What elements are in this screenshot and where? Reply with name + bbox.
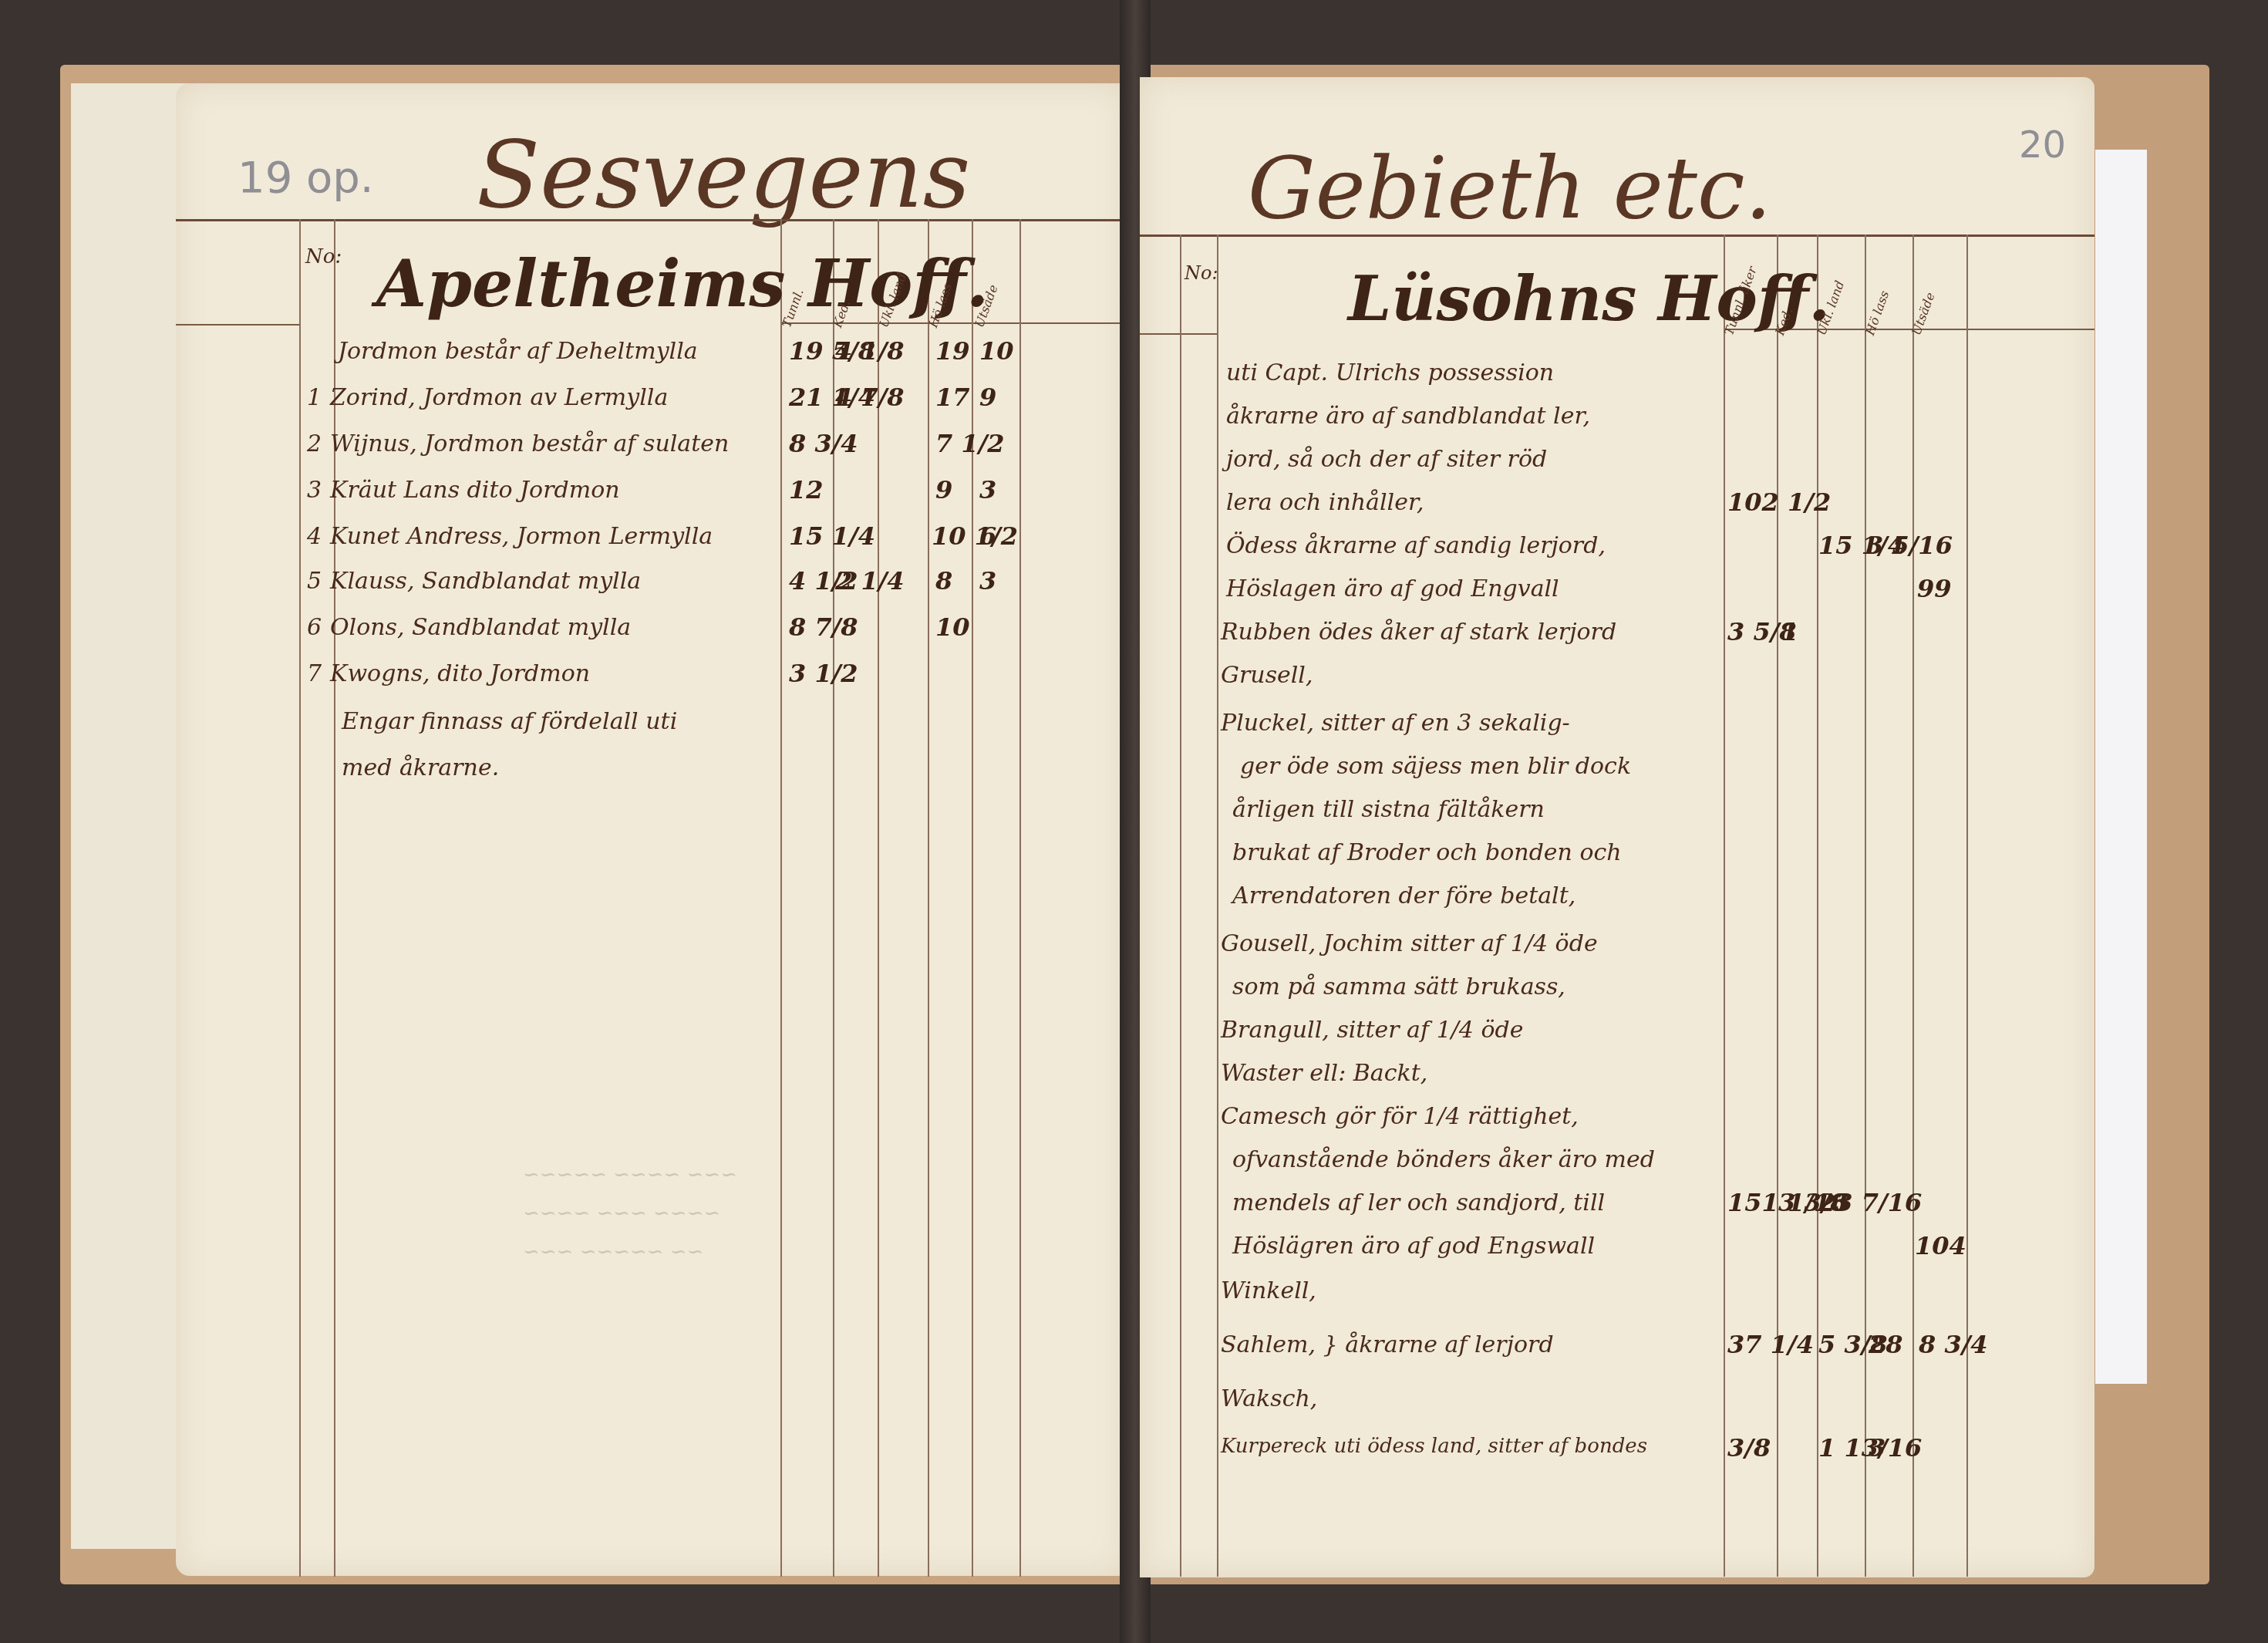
cell-value: 8 3/4 [789,429,858,458]
row-text: mendels af ler och sandjord, till [1232,1189,1605,1216]
column-line [334,219,335,1577]
column-line [1019,219,1021,1577]
cell-value: 2 1/4 [835,566,905,595]
row-text: Pluckel, sitter af en 3 sekalig- [1221,710,1570,737]
cell-value: 7 1/2 [935,429,1005,458]
row-text: Klauss, Sandblandat mylla [330,568,641,595]
row-text: Waksch, [1221,1385,1317,1412]
row-text: lera och inhåller, [1226,489,1424,516]
row-text: ofvanstående bönders åker äro med [1232,1146,1655,1173]
right-page-title: Gebieth etc. [1248,139,1772,238]
column-line [1912,234,1914,1577]
right-folio-number: 20 [2019,123,2066,167]
row-text: Höslägren äro af god Engswall [1232,1233,1595,1260]
column-line [1217,234,1218,1577]
column-line [780,219,782,1577]
cell-value: 102 1/2 [1727,488,1831,517]
cell-value: 8 3/4 [1919,1330,1988,1359]
row-text: som på samma sätt brukass, [1232,973,1565,1000]
row-text: Jordmon består af Deheltmylla [338,338,698,365]
row-text: Waster ell: Backt, [1221,1060,1427,1087]
row-text: Ödess åkrarne af sandig lerjord, [1226,532,1606,559]
right-page: 20 Gebieth etc. No: Lüsohns Hoff. Tunnl.… [1140,77,2094,1577]
left-page: 19 op. Sesvegens No: Apeltheims Hoff. Tu… [176,83,1126,1576]
cell-value: 6 [979,521,996,551]
cell-value: 99 [1917,574,1952,603]
cell-value: 9 [935,475,952,504]
cell-value: 3 1/2 [789,659,858,688]
row-text: Gousell, Jochim sitter af 1/4 öde [1221,930,1598,957]
row-text: ger öde som säjess men blir dock [1240,753,1631,780]
row-text: Kräut Lans dito Jordmon [330,477,620,504]
row-no: 3 [307,477,322,504]
column-line [1724,234,1725,1577]
cell-value: 28 [1869,1330,1903,1359]
row-text: Brangull, sitter af 1/4 öde [1221,1017,1523,1044]
cell-value: 3/8 [1727,1433,1771,1463]
no-column-header: No: [305,245,342,268]
cell-value: 4 1/8 [835,336,905,366]
column-line [1817,234,1818,1577]
cell-value: 3 5/16 [1866,531,1953,560]
row-no: 2 [307,430,322,457]
left-page-title: Sesvegens [477,122,970,229]
row-text: Zorind, Jordmon av Lermylla [330,384,668,411]
row-text: åkrarne äro af sandblandat ler, [1226,403,1590,430]
paper-slip [2095,150,2147,1384]
row-text: Sahlem, } åkrarne af lerjord [1221,1331,1554,1358]
cell-value: 37 1/4 [1727,1330,1814,1359]
cell-value: 17 [935,383,970,412]
no-column-header: No: [1185,262,1218,284]
row-text: jord, så och der af siter röd [1226,446,1547,473]
cell-value: 9 [979,383,996,412]
cell-value: 3 [979,475,996,504]
cell-value: 8 7/8 [789,612,858,642]
row-text: med åkrarne. [342,754,499,781]
row-text: Wijnus, Jordmon består af sulaten [330,430,729,457]
row-text: Kunet Andress, Jormon Lermylla [330,523,713,550]
row-text: Kurpereck uti ödess land, sitter af bond… [1221,1435,1647,1458]
header-rule-top [176,219,1126,221]
cell-value: 8 [935,566,952,595]
column-line [928,219,929,1577]
cell-value: 19 [935,336,970,366]
row-text: uti Capt. Ulrichs possession [1226,359,1554,386]
cell-value: 10 [979,336,1014,366]
column-line [1180,234,1181,1577]
cell-value: 3 [1869,1433,1886,1463]
row-no: 7 [307,660,322,687]
row-text: Rubben ödes åker af stark lerjord [1221,619,1616,646]
column-line [1865,234,1866,1577]
row-no: 4 [307,523,322,550]
cell-value: 12 [789,475,824,504]
row-text: Winkell, [1221,1277,1316,1304]
row-text: Olons, Sandblandat mylla [330,614,631,641]
cell-value: 15 1/4 [789,521,875,551]
cell-value: 23 7/16 [1818,1188,1922,1217]
cell-value: 10 1/2 [932,521,1018,551]
row-text: Kwogns, dito Jordmon [330,660,590,687]
row-text: Engar finnass af fördelall uti [342,708,677,735]
row-text: brukat af Broder och bonden och [1232,839,1622,866]
left-folio-number: 19 op. [238,153,374,203]
row-no: 5 [307,568,322,595]
column-line [833,219,834,1577]
column-line [299,219,301,1577]
row-text: Arrendatoren der före betalt, [1232,882,1575,909]
column-line [878,219,879,1577]
row-text: Camesch gör för 1/4 rättighet, [1221,1103,1579,1130]
cell-value: 10 [935,612,970,642]
cell-value: 4 7/8 [835,383,905,412]
column-line [972,219,973,1577]
row-no: 6 [307,614,322,641]
row-text: Grusell, [1221,662,1313,689]
header-rule-no [1140,333,1217,335]
cell-value: 1 [1781,617,1798,646]
column-line [1966,234,1968,1577]
row-no: 1 [307,384,322,411]
column-line [1777,234,1778,1577]
row-text: Höslagen äro af god Engvall [1226,575,1559,602]
cell-value: 3 [979,566,996,595]
cell-value: 104 [1915,1231,1966,1260]
header-rule-top [1140,234,2094,237]
header-rule-no [176,324,299,326]
row-text: årligen till sistna fältåkern [1232,796,1545,823]
